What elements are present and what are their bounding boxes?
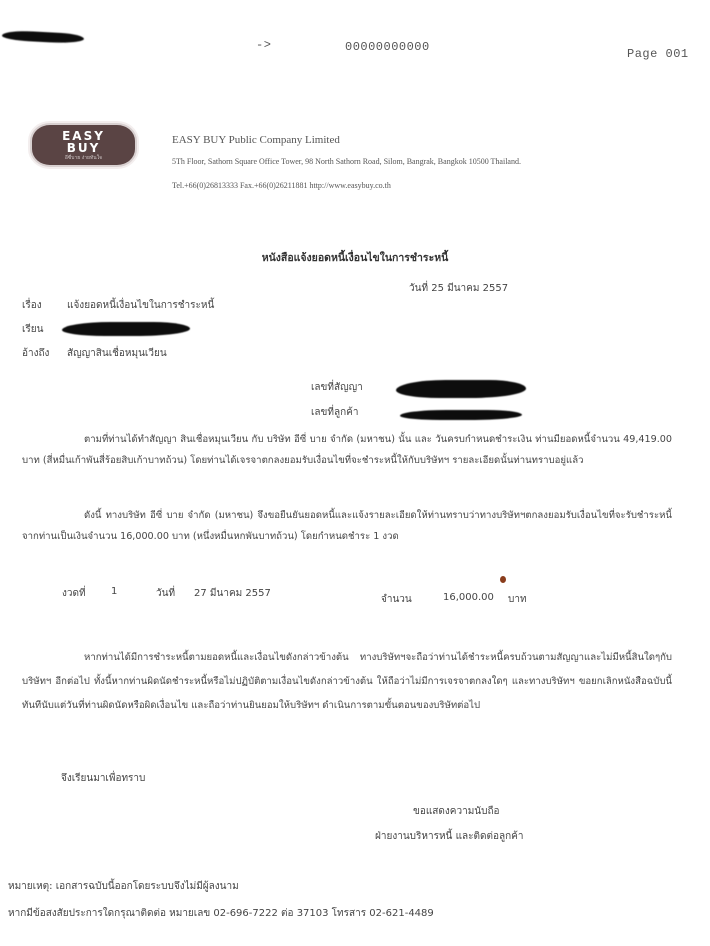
reference-label: อ้างถึง	[22, 346, 49, 361]
fax-arrow: ->	[256, 38, 271, 52]
installment-number: 1	[111, 586, 117, 597]
to-label: เรียน	[22, 322, 43, 337]
paragraph-settlement: ดังนี้ ทางบริษัท อีซี่ บาย จำกัด (มหาชน)…	[22, 505, 672, 547]
installment-date: 27 มีนาคม 2557	[194, 586, 271, 601]
logo-tagline: อีซี่บาย ง่ายทันใจ	[32, 156, 135, 161]
installment-date-label: วันที่	[156, 586, 175, 601]
signatory-text: ฝ่ายงานบริหารหนี้ และติดต่อลูกค้า	[375, 829, 524, 844]
company-name: EASY BUY Public Company Limited	[172, 134, 340, 146]
footnote-contact: หากมีข้อสงสัยประการใดกรุณาติดต่อ หมายเลข…	[8, 906, 434, 921]
footnote-system-generated: หมายเหตุ: เอกสารฉบับนี้ออกโดยระบบจึงไม่ม…	[8, 879, 239, 894]
letter-title: หนังสือแจ้งยอดหนี้เงื่อนไขในการชำระหนี้	[0, 249, 710, 266]
closing-text: จึงเรียนมาเพื่อทราบ	[61, 771, 145, 786]
letter-date: วันที่ 25 มีนาคม 2557	[409, 281, 508, 296]
logo-line2: BUY	[32, 142, 135, 154]
paragraph-conditions: หากท่านได้มีการชำระหนี้ตามยอดหนี้และเงื่…	[22, 646, 672, 718]
page-number: Page 001	[627, 47, 689, 61]
installment-amount-label: จำนวน	[381, 592, 412, 607]
redacted-customer-no	[400, 410, 522, 420]
reference-text: สัญญาสินเชื่อหมุนเวียน	[67, 346, 167, 361]
paragraph-debt-amount: ตามที่ท่านได้ทำสัญญา สินเชื่อหมุนเวียน ก…	[22, 429, 672, 471]
subject-label: เรื่อง	[22, 298, 42, 313]
ink-spot	[500, 576, 506, 583]
contract-no-label: เลขที่สัญญา	[311, 380, 363, 395]
installment-currency: บาท	[508, 592, 527, 607]
installment-amount: 16,000.00	[443, 592, 494, 603]
company-address: 5Th Floor, Sathorn Square Office Tower, …	[172, 157, 521, 166]
installment-label: งวดที่	[62, 586, 86, 601]
company-contact: Tel.+66(0)26813333 Fax.+66(0)26211881 ht…	[172, 181, 391, 190]
redacted-contract-no	[396, 380, 526, 398]
easy-buy-logo: EASY BUY อีซี่บาย ง่ายทันใจ	[30, 123, 137, 167]
fax-number: 00000000000	[345, 40, 430, 54]
redacted-sender	[2, 30, 84, 44]
subject-text: แจ้งยอดหนี้เงื่อนไขในการชำระหนี้	[67, 298, 214, 313]
customer-no-label: เลขที่ลูกค้า	[311, 405, 358, 420]
redacted-recipient	[62, 322, 190, 336]
regards-text: ขอแสดงความนับถือ	[413, 804, 500, 819]
